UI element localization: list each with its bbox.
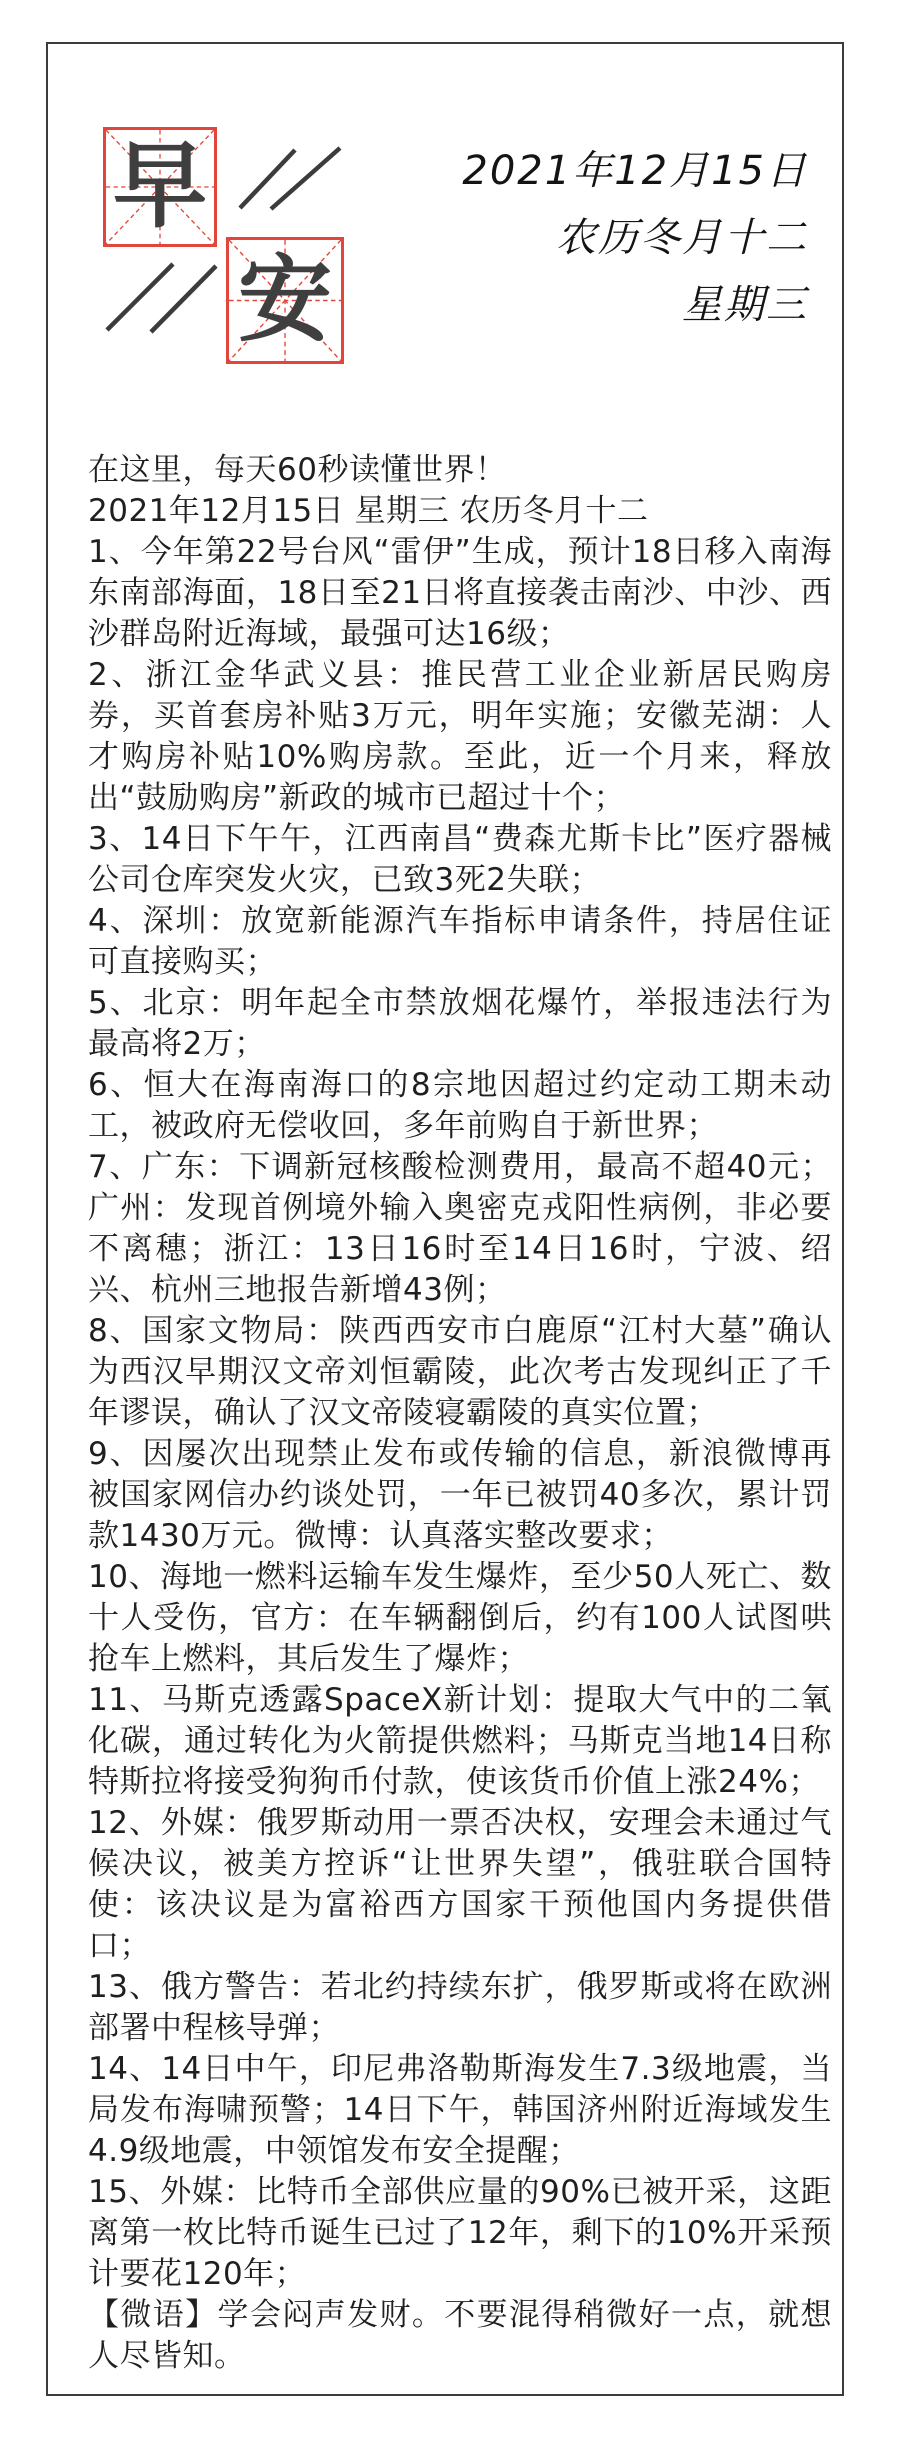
news-item: 5、北京：明年起全市禁放烟花爆竹，举报违法行为最高将2万； [88,983,832,1065]
news-item: 12、外媒：俄罗斯动用一票否决权，安理会未通过气候决议，被美方控诉“让世界失望”… [88,1803,832,1967]
footer-quote: 【微语】学会闷声发财。不要混得稍微好一点，就想人尽皆知。 [88,2295,832,2377]
logo-character-an: 安 [238,254,332,348]
news-item: 10、海地一燃料运输车发生爆炸，至少50人死亡、数十人受伤，官方：在车辆翻倒后，… [88,1557,832,1680]
date-gregorian: 2021年12月15日 [420,138,808,205]
date-lunar: 农历冬月十二 [420,205,808,272]
news-body: 在这里，每天60秒读懂世界！ 2021年12月15日 星期三 农历冬月十二 1、… [88,450,832,2377]
news-item: 13、俄方警告：若北约持续东扩，俄罗斯或将在欧洲部署中程核导弹； [88,1967,832,2049]
body-date-line: 2021年12月15日 星期三 农历冬月十二 [88,491,832,532]
date-weekday: 星期三 [420,272,808,339]
news-item: 4、深圳：放宽新能源汽车指标申请条件，持居住证可直接购买； [88,901,832,983]
news-item: 11、马斯克透露SpaceX新计划：提取大气中的二氧化碳，通过转化为火箭提供燃料… [88,1680,832,1803]
news-item: 1、今年第22号台风“雷伊”生成，预计18日移入南海东南部海面，18日至21日将… [88,532,832,655]
calligraphy-grid-box-an: 安 [226,237,344,364]
news-item: 3、14日下午午，江西南昌“费森尤斯卡比”医疗器械公司仓库突发火灾，已致3死2失… [88,819,832,901]
news-item: 9、因屡次出现禁止发布或传输的信息，新浪微博再被国家网信办约谈处罚，一年已被罚4… [88,1434,832,1557]
news-item: 14、14日中午，印尼弗洛勒斯海发生7.3级地震，当局发布海啸预警；14日下午，… [88,2049,832,2172]
date-block: 2021年12月15日 农历冬月十二 星期三 [420,138,808,339]
logo-character-zao: 早 [113,140,207,234]
calligraphy-grid-box-zao: 早 [103,127,217,247]
news-item: 7、广东：下调新冠核酸检测费用，最高不超40元；广州：发现首例境外输入奥密克戎阳… [88,1147,832,1311]
news-item: 6、恒大在海南海口的8宗地因超过约定动工期未动工，被政府无偿收回，多年前购自于新… [88,1065,832,1147]
news-item: 2、浙江金华武义县：推民营工业企业新居民购房券，买首套房补贴3万元，明年实施；安… [88,655,832,819]
news-item: 8、国家文物局：陕西西安市白鹿原“江村大墓”确认为西汉早期汉文帝刘恒霸陵，此次考… [88,1311,832,1434]
intro-line: 在这里，每天60秒读懂世界！ [88,450,832,491]
morning-logo: 早 安 [95,110,365,375]
good-morning-news-poster: 早 安 2021年12月15日 农历冬月十二 星期三 在这里，每天60秒读懂世界… [0,0,900,2440]
news-item: 15、外媒：比特币全部供应量的90%已被开采，这距离第一枚比特币诞生已过了12年… [88,2172,832,2295]
